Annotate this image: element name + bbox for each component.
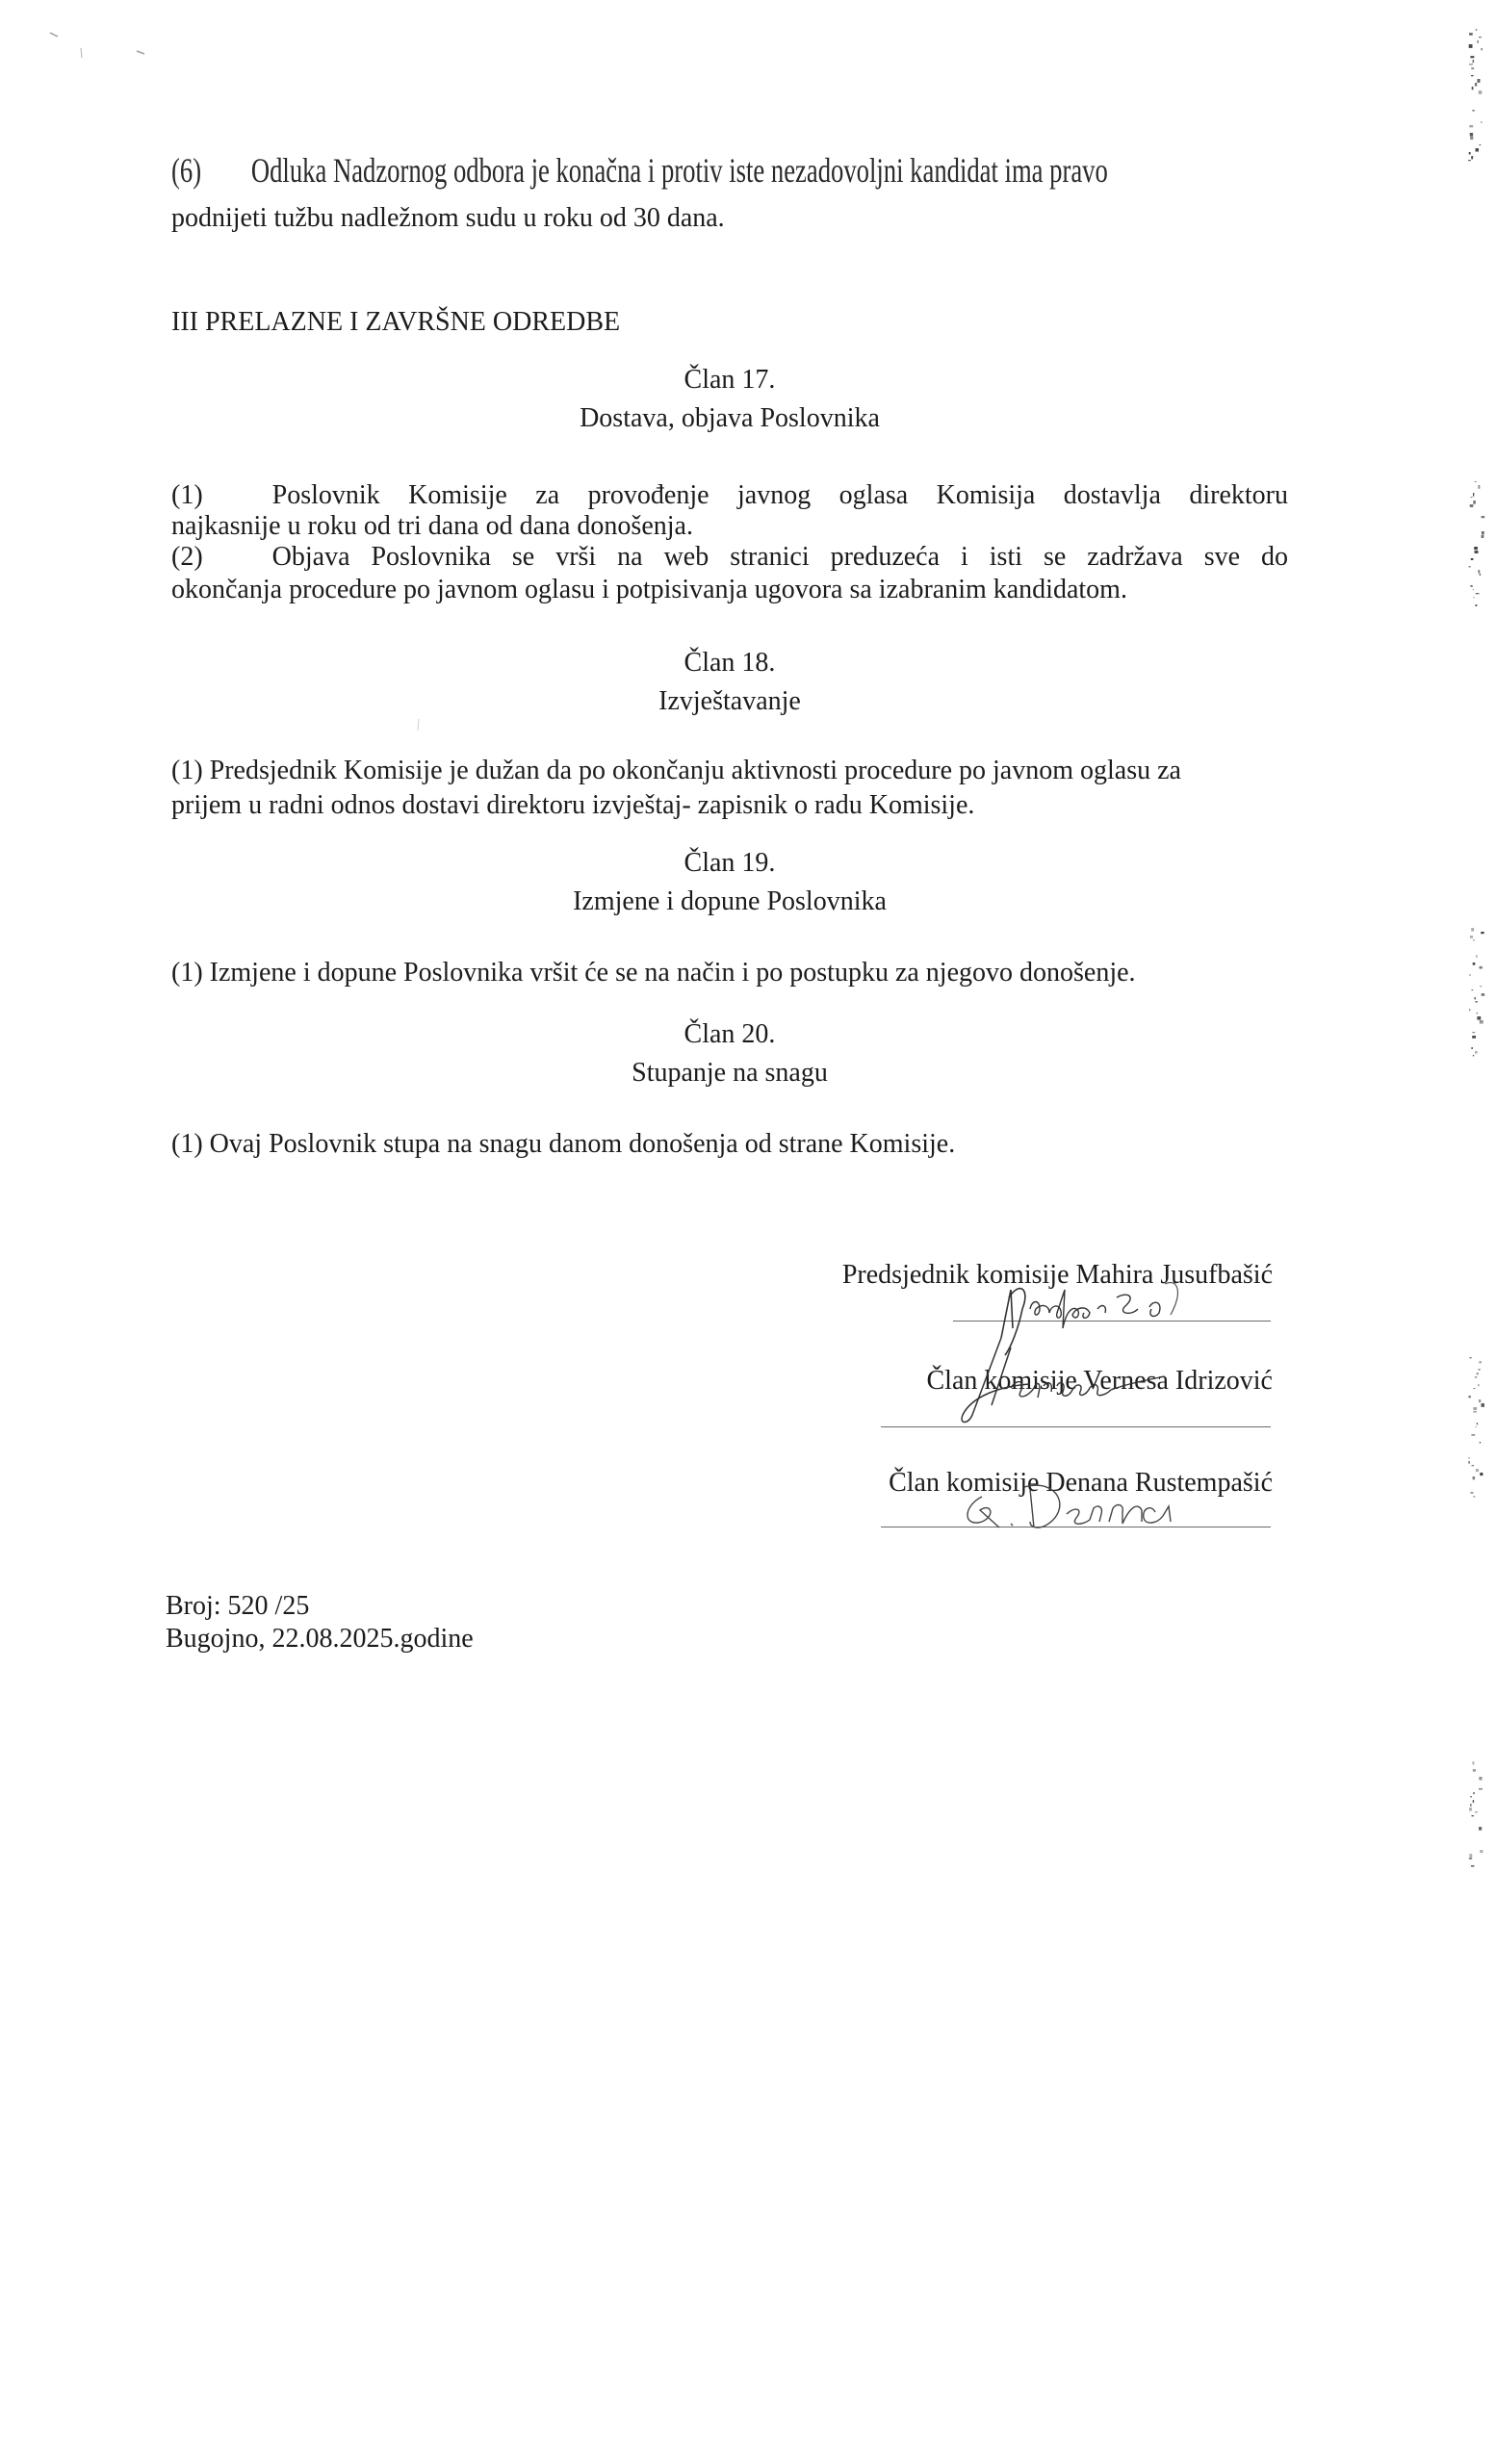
- signatory-president-label: Predsjednik komisije Mahira Jusufbašić: [842, 1259, 1273, 1292]
- article-17-number: Član 17.: [171, 364, 1288, 397]
- signature-line-president: [953, 1321, 1271, 1322]
- article-20-number: Član 20.: [171, 1018, 1288, 1051]
- article-20-para1-line1: (1) Ovaj Poslovnik stupa na snagu danom …: [171, 1128, 955, 1161]
- scan-speck-artifacts: [414, 717, 424, 736]
- document-place-date: Bugojno, 22.08.2025.godine: [166, 1623, 474, 1655]
- article-20-title: Stupanje na snagu: [171, 1057, 1288, 1090]
- section-heading: III PRELAZNE I ZAVRŠNE ODREDBE: [171, 306, 620, 339]
- signatory-member2-label: Član komisije Denana Rustempašić: [889, 1467, 1273, 1500]
- article-18-para1-line2: prijem u radni odnos dostavi direktoru i…: [171, 789, 974, 822]
- signature-line-member1: [881, 1426, 1271, 1427]
- article-17-para1-line2: najkasnije u roku od tri dana od dana do…: [171, 510, 693, 543]
- signatory-member1-label: Član komisije Vernesa Idrizović: [926, 1365, 1273, 1398]
- article-18-para1-line1: (1) Predsjednik Komisije je dužan da po …: [171, 755, 1181, 787]
- paragraph-label: (1): [171, 480, 203, 510]
- paragraph-6-line1: (6)Odluka Nadzornog odbora je konačna i …: [171, 154, 1288, 187]
- article-19-para1-line1: (1) Izmjene i dopune Poslovnika vršit će…: [171, 957, 1136, 989]
- article-17-para2-line2: okončanja procedure po javnom oglasu i p…: [171, 574, 1127, 606]
- article-19-title: Izmjene i dopune Poslovnika: [171, 885, 1288, 918]
- paragraph-6-line2: podnijeti tužbu nadležnom sudu u roku od…: [171, 202, 725, 235]
- article-18-number: Član 18.: [171, 647, 1288, 680]
- document-number: Broj: 520 /25: [166, 1590, 309, 1623]
- paragraph-text: Odluka Nadzornog odbora je konačna i pro…: [251, 151, 1108, 190]
- paragraph-label: (6): [171, 151, 201, 190]
- article-17-para2-line1: (2)Objava Poslovnika se vrši na web stra…: [171, 541, 1288, 574]
- paragraph-text: Objava Poslovnika se vrši na web stranic…: [272, 542, 1288, 572]
- scan-edge-artifacts: [1449, 0, 1496, 2021]
- signature-line-member2: [881, 1527, 1271, 1527]
- paragraph-text: Poslovnik Komisije za provođenje javnog …: [272, 480, 1288, 510]
- article-18-title: Izvještavanje: [171, 685, 1288, 718]
- article-17-title: Dostava, objava Poslovnika: [171, 402, 1288, 435]
- document-page: (6)Odluka Nadzornog odbora je konačna i …: [0, 0, 1496, 2464]
- article-19-number: Član 19.: [171, 847, 1288, 880]
- paragraph-label: (2): [171, 542, 203, 572]
- scan-speck-artifacts: [0, 0, 193, 77]
- article-17-para1-line1: (1)Poslovnik Komisije za provođenje javn…: [171, 479, 1288, 512]
